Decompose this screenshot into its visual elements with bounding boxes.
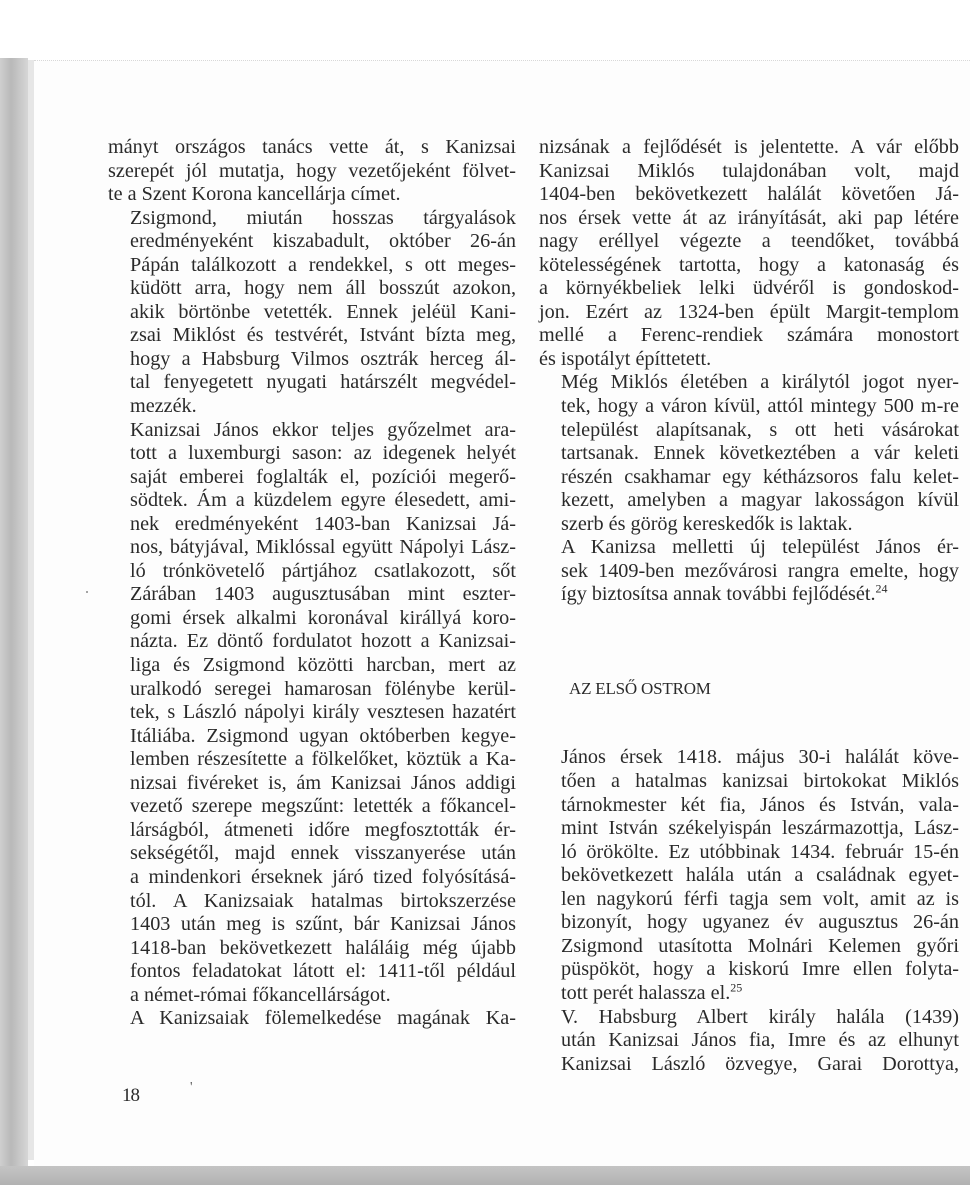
text-line: Kanizsai László özvegye, Garai Dorottya,: [539, 1053, 959, 1077]
text-line: után Kanizsai János fia, Imre és az elhu…: [539, 1029, 959, 1053]
text-line: tól. A Kanizsaiak hatalmas birtokszerzés…: [108, 890, 516, 914]
paragraph: mányt országos tanács vette át, s Kanizs…: [108, 136, 516, 207]
text-line: mellé a Ferenc-rendiek számára monostort: [539, 324, 959, 348]
text-line: a német-római főkancellárságot.: [108, 984, 516, 1008]
scanner-edge-strip: [0, 58, 28, 1185]
text-line: 1403 után meg is szűnt, bár Kanizsai Ján…: [108, 913, 516, 937]
text-line: mezzék.: [108, 395, 516, 419]
text-line: zsai Miklóst és testvérét, Istvánt bízta…: [108, 324, 516, 348]
text-line: Még Miklós életében a királytól jogot ny…: [539, 371, 959, 395]
text-line: saját emberei foglalták el, pozíciói meg…: [108, 466, 516, 490]
text-line: Zárában 1403 augusztusában mint eszter-: [108, 583, 516, 607]
paragraph: János érsek 1418. május 30-i halálát köv…: [539, 746, 959, 1005]
text-line: települést alapítsanak, s ott heti vásár…: [539, 419, 959, 443]
footnote-reference: 24: [876, 582, 888, 596]
footnote-reference: 25: [730, 980, 742, 994]
paragraph: V. Habsburg Albert király halála (1439)u…: [539, 1006, 959, 1077]
text-line: nos, bátyjával, Miklóssal együtt Nápolyi…: [108, 536, 516, 560]
text-line: bekövetkezett halála után a családnak eg…: [539, 864, 959, 888]
text-line: len nagykorú férfi tagja sem volt, amit …: [539, 888, 959, 912]
text-line: uralkodó seregei hamarosan fölénybe kerü…: [108, 678, 516, 702]
text-line: sek 1409-ben mezővárosi rangra emelte, h…: [539, 560, 959, 584]
text-line: tően a hatalmas kanizsai birtokokat Mikl…: [539, 770, 959, 794]
text-line: 1404-ben bekövetkezett halálát követően …: [539, 183, 959, 207]
page-number: 18: [122, 1085, 139, 1107]
text-line: szerb és görög kereskedők is laktak.: [539, 513, 959, 537]
text-line: nizsának a fejlődését is jelentette. A v…: [539, 136, 959, 160]
right-column: nizsának a fejlődését is jelentette. A v…: [539, 136, 959, 1076]
text-line: a környékbeliek lelki üdvéről is gondosk…: [539, 277, 959, 301]
text-line: tek, s László nápolyi király vesztesen h…: [108, 701, 516, 725]
text-line: názta. Ez döntő fordulatot hozott a Kani…: [108, 630, 516, 654]
paragraph: Kanizsai János ekkor teljes győzelmet ar…: [108, 419, 516, 1008]
text-line: A Kanizsa melletti új települést János é…: [539, 536, 959, 560]
text-line: södtek. Ám a küzdelem egyre élesedett, a…: [108, 489, 516, 513]
text-line: szerepét jól mutatja, hogy vezetőjeként …: [108, 160, 516, 184]
text-line: János érsek 1418. május 30-i halálát köv…: [539, 746, 959, 770]
text-line: sekségétől, majd ennek visszanyerése utá…: [108, 842, 516, 866]
text-line: lemben részesítette a fölkelőket, köztük…: [108, 748, 516, 772]
text-line: így biztosítsa annak további fejlődését.…: [539, 583, 959, 607]
text-line: lárságból, átmeneti időre megfosztották …: [108, 819, 516, 843]
text-line: nizsai fivéreket is, ám Kanizsai János a…: [108, 772, 516, 796]
text-line: hogy a Habsburg Vilmos osztrák herceg ál…: [108, 348, 516, 372]
text-line: A Kanizsaiak fölemelkedése magának Ka-: [108, 1007, 516, 1031]
paragraph: A Kanizsaiak fölemelkedése magának Ka-: [108, 1007, 516, 1031]
paragraph: Még Miklós életében a királytól jogot ny…: [539, 371, 959, 536]
text-line: küdött arra, hogy nem áll bosszút azokon…: [108, 277, 516, 301]
text-line: nos érsek vette át az irányítását, aki p…: [539, 207, 959, 231]
scanner-bottom-band: [0, 1166, 970, 1185]
text-line: tott perét halassza el.25: [539, 982, 959, 1006]
left-column: mányt országos tanács vette át, s Kanizs…: [108, 136, 516, 1031]
text-line: mányt országos tanács vette át, s Kanizs…: [108, 136, 516, 160]
text-line: Kanizsai Miklós tulajdonában volt, majd: [539, 160, 959, 184]
text-line: püspököt, hogy a kiskorú Imre ellen foly…: [539, 958, 959, 982]
text-line: gomi érsek alkalmi koronával királlyá ko…: [108, 607, 516, 631]
text-line: akik börtönbe vetették. Ennek jeléül Kan…: [108, 301, 516, 325]
text-line: kötelességének tartotta, hogy a katonasá…: [539, 254, 959, 278]
text-line: ló örökölte. Ez utóbbinak 1434. február …: [539, 841, 959, 865]
text-line: fontos feladatokat látott el: 1411-től p…: [108, 960, 516, 984]
text-line: jon. Ezért az 1324-ben épült Margit-temp…: [539, 301, 959, 325]
text-line: és ispotályt építtetett.: [539, 348, 959, 372]
text-line: tartsanak. Ennek következtében a vár kel…: [539, 442, 959, 466]
text-line: Zsigmond utasította Molnári Kelemen győr…: [539, 935, 959, 959]
text-line: tek, hogy a váron kívül, attól mintegy 5…: [539, 395, 959, 419]
text-line: nek eredményeként 1403-ban Kanizsai Já-: [108, 513, 516, 537]
text-line: Zsigmond, miután hosszas tárgyalások: [108, 207, 516, 231]
text-line: a mindenkori érseknek járó tized folyósí…: [108, 866, 516, 890]
text-line: mint István székelyispán leszármazottja,…: [539, 817, 959, 841]
text-line: te a Szent Korona kancellárja címet.: [108, 183, 516, 207]
text-line: tott a luxemburgi sason: az idegenek hel…: [108, 442, 516, 466]
text-line: Kanizsai János ekkor teljes győzelmet ar…: [108, 419, 516, 443]
page-mark: ': [190, 1080, 193, 1096]
text-line: tal fenyegetett nyugati határszélt megvé…: [108, 371, 516, 395]
section-heading: AZ ELSŐ OSTROM: [539, 677, 959, 701]
text-line: ló trónkövetelő pártjához csatlakozott, …: [108, 560, 516, 584]
paragraph: Zsigmond, miután hosszas tárgyalásokered…: [108, 207, 516, 419]
paragraph: A Kanizsa melletti új települést János é…: [539, 536, 959, 607]
text-line: liga és Zsigmond közötti harcban, mert a…: [108, 654, 516, 678]
text-line: kezett, amelyben a magyar lakosságon kív…: [539, 489, 959, 513]
text-line: vezető szerepe megszűnt: letették a főka…: [108, 795, 516, 819]
text-line: 1418-ban bekövetkezett haláláig még újab…: [108, 937, 516, 961]
text-line: eredményeként kiszabadult, október 26-án: [108, 230, 516, 254]
text-line: részén csakhamar egy kétházsoros falu ke…: [539, 466, 959, 490]
scan-speck: [86, 591, 88, 593]
text-line: V. Habsburg Albert király halála (1439): [539, 1006, 959, 1030]
paragraph: nizsának a fejlődését is jelentette. A v…: [539, 136, 959, 371]
text-line: bizonyít, hogy ugyanez év augusztus 26-á…: [539, 911, 959, 935]
text-line: Pápán találkozott a rendekkel, s ott meg…: [108, 254, 516, 278]
text-line: Itáliába. Zsigmond ugyan októberben kegy…: [108, 725, 516, 749]
text-line: tárnokmester két fia, János és István, v…: [539, 794, 959, 818]
text-line: nagy eréllyel végezte a teendőket, továb…: [539, 230, 959, 254]
